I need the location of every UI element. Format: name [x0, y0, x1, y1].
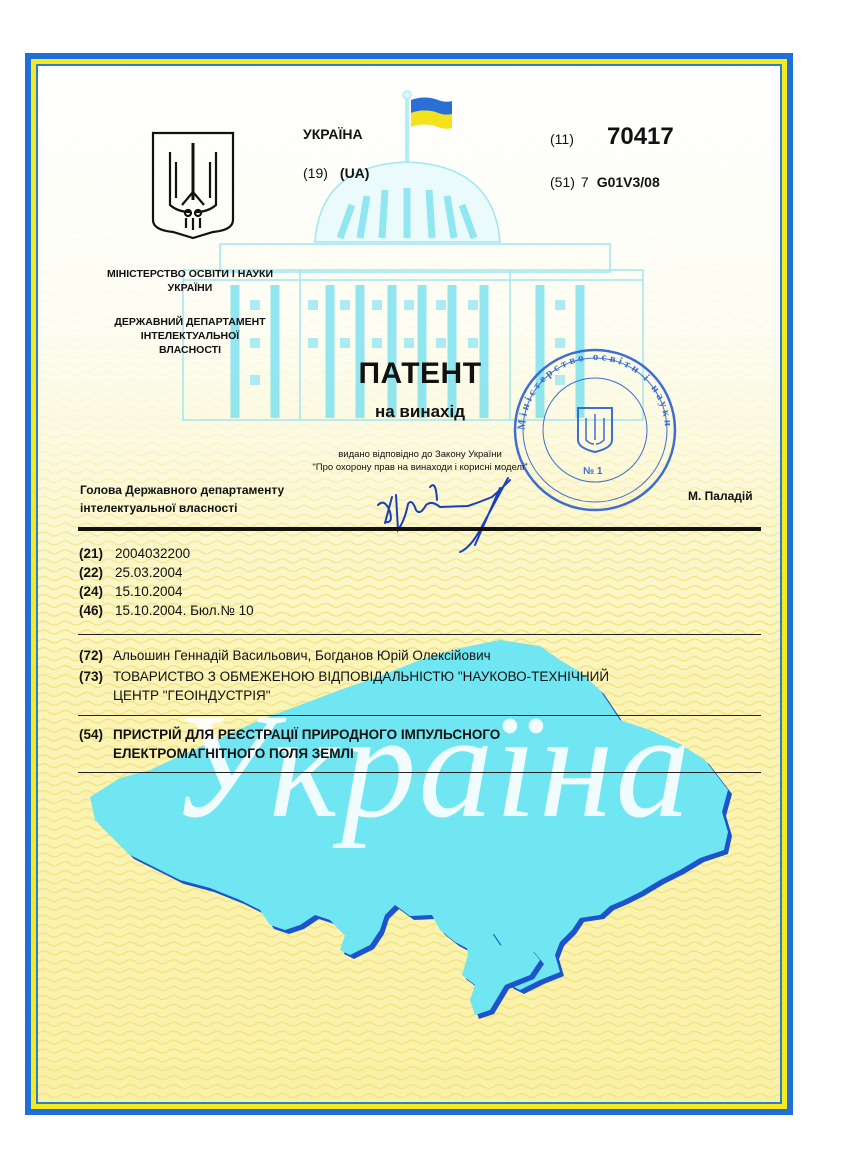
invention-title-field: (54)ПРИСТРІЙ ДЛЯ РЕЄСТРАЦІЇ ПРИРОДНОГО І…: [79, 725, 769, 763]
signatory-name: М. Паладій: [688, 489, 753, 503]
section-divider-thick: [78, 527, 761, 531]
signatory-position-line-1: Голова Державного департаменту: [80, 481, 284, 499]
ipc-code: G01V3/08: [597, 174, 660, 190]
owner-line-2: ЦЕНТР "ГЕОІНДУСТРІЯ": [79, 686, 769, 705]
invention-title-line-1: ПРИСТРІЙ ДЛЯ РЕЄСТРАЦІЇ ПРИРОДНОГО ІМПУЛ…: [113, 727, 500, 742]
invention-title-code: (54): [79, 725, 113, 744]
code51-label: (51): [550, 174, 575, 190]
section-divider: [78, 634, 761, 635]
law-reference-line-1: видано відповідно до Закону України: [260, 449, 580, 460]
publication-date: 15.10.2004. Бюл.№ 10: [115, 603, 254, 618]
code19-label: (19): [303, 165, 328, 181]
biblio-code: (22): [79, 563, 111, 582]
bibliographic-row: (22)25.03.2004: [79, 563, 183, 582]
ministry-name: МІНІСТЕРСТВО ОСВІТИ І НАУКИ УКРАЇНИ: [85, 267, 295, 295]
code19-value: (UA): [340, 165, 370, 181]
code11-label: (11): [550, 131, 574, 147]
biblio-code: (21): [79, 544, 111, 563]
ukraina-map-watermark: Україна: [170, 680, 692, 852]
biblio-code: (24): [79, 582, 111, 601]
section-divider: [78, 715, 761, 716]
patent-number: 70417: [607, 123, 674, 151]
biblio-code: (46): [79, 601, 111, 620]
ministry-line-2: УКРАЇНИ: [85, 281, 295, 295]
owner-field: (73)ТОВАРИСТВО З ОБМЕЖЕНОЮ ВІДПОВІДАЛЬНІ…: [79, 667, 769, 705]
section-divider: [78, 772, 761, 773]
law-reference-line-2: "Про охорону прав на винаходи і корисні …: [260, 462, 580, 473]
bibliographic-row: (24)15.10.2004: [79, 582, 183, 601]
inventors-names: Альошин Геннадій Васильович, Богданов Юр…: [113, 648, 491, 663]
signatory-position: Голова Державного департаменту інтелекту…: [80, 481, 284, 517]
invention-title-line-2: ЕЛЕКТРОМАГНІТНОГО ПОЛЯ ЗЕМЛІ: [79, 744, 769, 763]
inventors-field: (72)Альошин Геннадій Васильович, Богдано…: [79, 648, 491, 663]
application-number: 2004032200: [115, 546, 190, 561]
ipc-classification-field: (51)7G01V3/08: [550, 174, 660, 190]
inventors-code: (72): [79, 648, 113, 663]
ukrainian-flag-icon: [411, 98, 452, 129]
department-line-3: ВЛАСНОСТІ: [85, 343, 295, 357]
filing-date: 25.03.2004: [115, 565, 183, 580]
svg-text:№ 1: № 1: [583, 466, 603, 477]
department-line-2: ІНТЕЛЕКТУАЛЬНОЇ: [85, 329, 295, 343]
owner-code: (73): [79, 667, 113, 686]
bibliographic-row: (21)2004032200: [79, 544, 190, 563]
ministry-line-1: МІНІСТЕРСТВО ОСВІТИ І НАУКИ: [85, 267, 295, 281]
bibliographic-row: (46)15.10.2004. Бюл.№ 10: [79, 601, 254, 620]
signatory-position-line-2: інтелектуальної власності: [80, 499, 284, 517]
coat-of-arms-trident-icon: [153, 133, 233, 238]
department-name: ДЕРЖАВНИЙ ДЕПАРТАМЕНТ ІНТЕЛЕКТУАЛЬНОЇ ВЛ…: [85, 315, 295, 357]
country-name: УКРАЇНА: [303, 126, 363, 142]
country-code-field: (19)(UA): [303, 165, 369, 181]
effective-date: 15.10.2004: [115, 584, 183, 599]
ipc-edition: 7: [581, 174, 589, 190]
signature-scribble: [378, 478, 510, 552]
page-title: ПАТЕНТ: [300, 357, 540, 391]
department-line-1: ДЕРЖАВНИЙ ДЕПАРТАМЕНТ: [85, 315, 295, 329]
owner-line-1: ТОВАРИСТВО З ОБМЕЖЕНОЮ ВІДПОВІДАЛЬНІСТЮ …: [113, 669, 609, 684]
page-subtitle: на винахід: [300, 402, 540, 422]
